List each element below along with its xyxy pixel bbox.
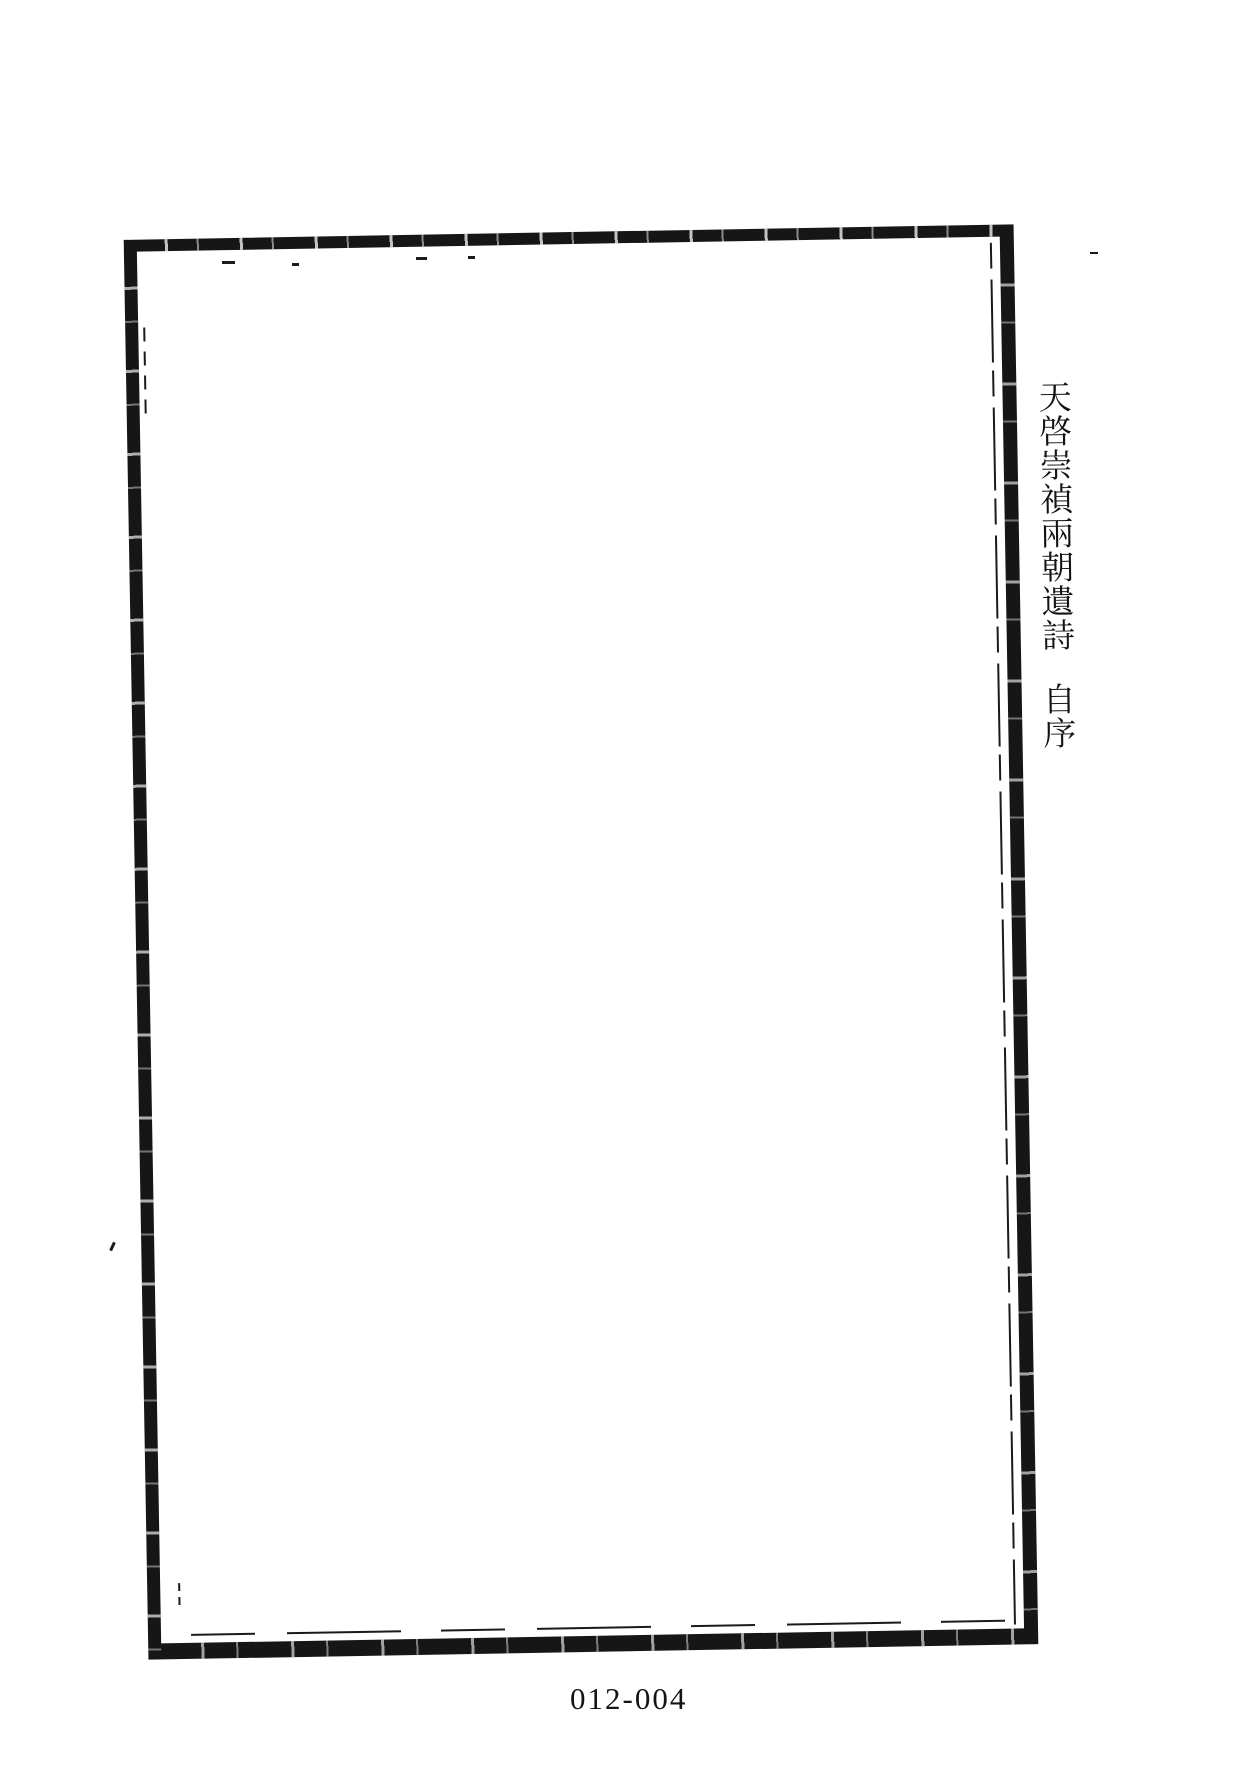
inner-rule-bottom: [191, 1619, 1022, 1636]
border-texture-top: [124, 224, 1014, 252]
section-title-vertical: 自序: [1038, 682, 1078, 751]
scanned-book-page: { "colors": { "ink": "#141414", "paper":…: [0, 0, 1251, 1778]
scan-noise-speck: [222, 261, 235, 264]
scan-noise-speck: [109, 1242, 116, 1251]
margin-title-column: 天啓崇禎兩朝遺詩自序: [1031, 380, 1078, 751]
book-title-vertical: 天啓崇禎兩朝遺詩: [1033, 380, 1076, 653]
inner-rule-right: [990, 243, 1016, 1625]
inner-rule-left-top: [143, 328, 147, 424]
scan-noise-speck: [416, 257, 427, 260]
scan-noise-speck: [468, 256, 475, 259]
inner-rule-left-bottom: [178, 1583, 180, 1609]
scan-noise-speck: [1090, 252, 1098, 254]
scan-noise-speck: [292, 263, 299, 266]
page-border-frame: [124, 224, 1039, 1659]
page-number: 012-004: [570, 1681, 687, 1717]
border-texture-left: [124, 240, 162, 1660]
